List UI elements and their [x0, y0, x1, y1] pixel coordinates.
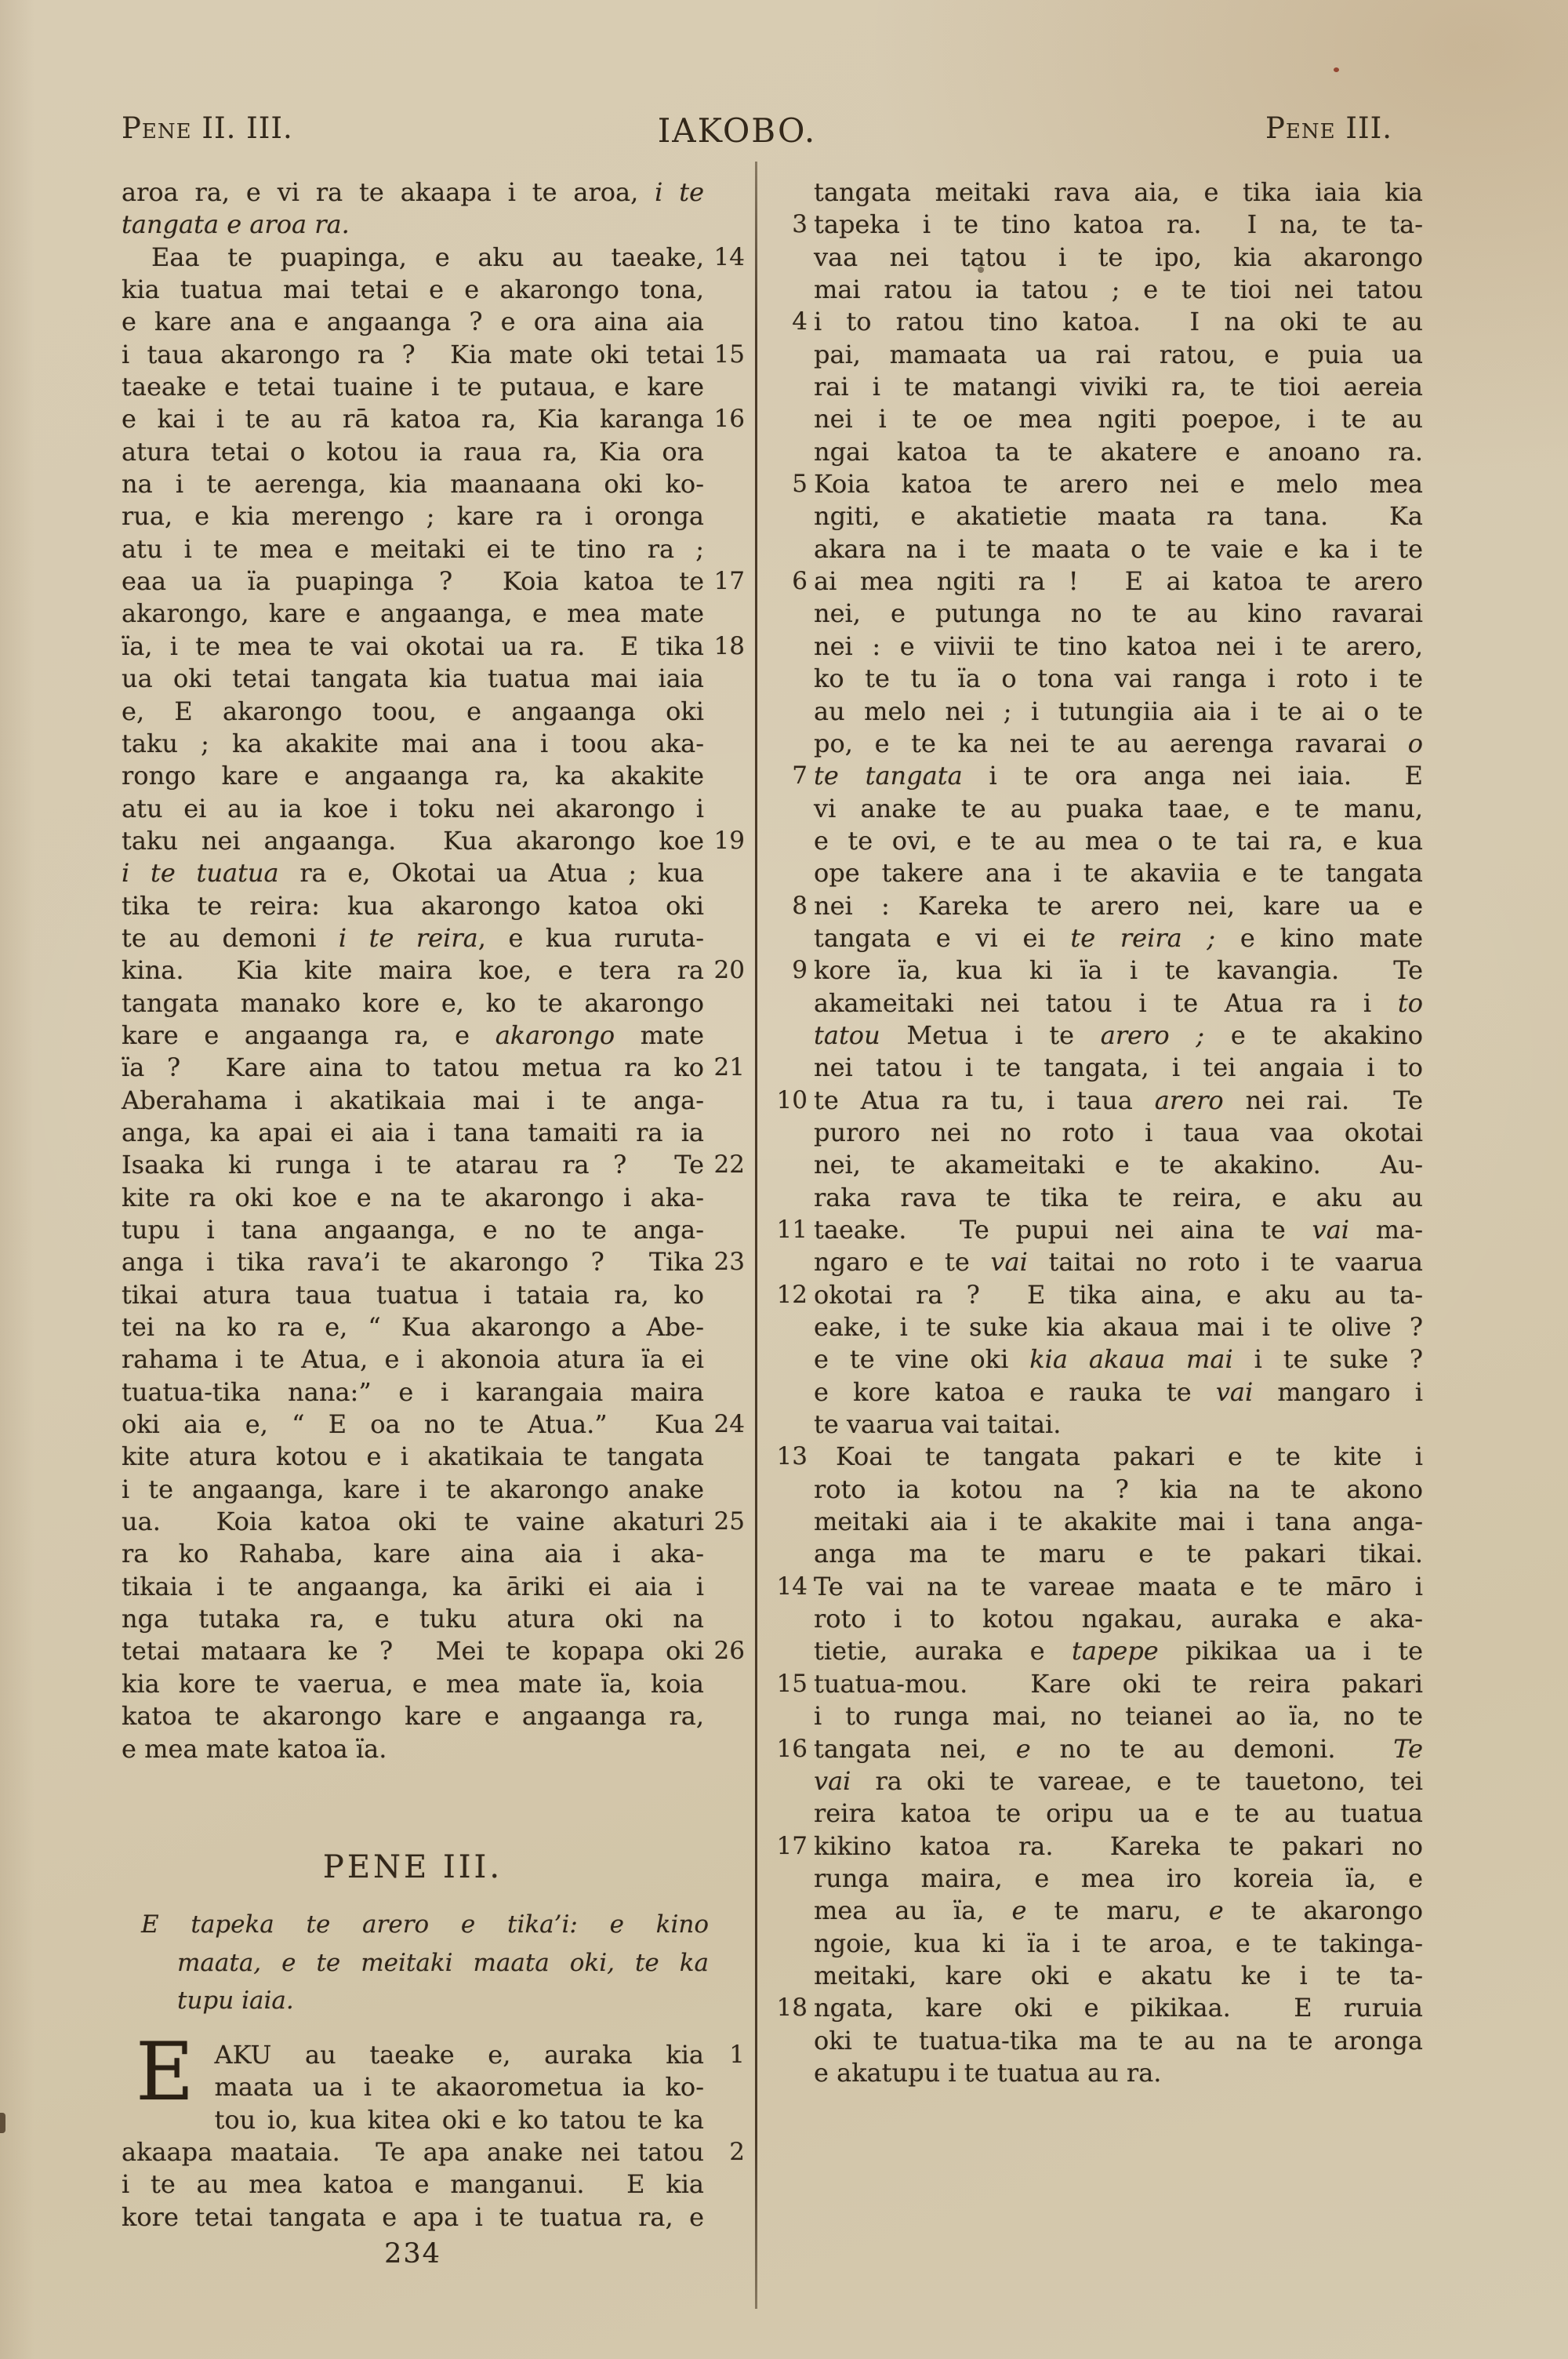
- running-head-left: Pene II. III.: [122, 111, 293, 145]
- text-line-content: nei : e viivii te tino katoa nei i te ar…: [814, 631, 1423, 663]
- paper-speck-brown: [978, 267, 984, 273]
- text-line-content: tangata e vi ei te reira ; e kino mate: [814, 922, 1423, 954]
- text-line-content: kite ra oki koe e na te akarongo i aka-: [122, 1182, 704, 1214]
- running-head-right: Pene III.: [1265, 111, 1392, 145]
- text-line: te tangata i te ora anga nei iaia. E7: [768, 760, 1423, 792]
- text-line-content: ngaro e te vai taitai no roto i te vaaru…: [814, 1246, 1423, 1278]
- verse-number: 14: [706, 242, 745, 274]
- text-line: kite atura kotou e i akatikaia te tangat…: [122, 1441, 745, 1473]
- text-line-content: tapeka i te tino katoa ra. I na, te ta-: [814, 209, 1423, 241]
- verse-number: 3: [768, 209, 808, 241]
- text-line: Isaaka ki runga i te atarau ra ? Te22: [122, 1149, 745, 1181]
- text-line-content: tietie, auraka e tapepe pikikaa ua i te: [814, 1635, 1423, 1667]
- text-line-content: te tangata i te ora anga nei iaia. E: [814, 760, 1423, 792]
- text-line: roto ia kotou na ? kia na te akono: [768, 1474, 1423, 1506]
- text-line: ko te tu ïa o tona vai ranga i roto i te: [768, 663, 1423, 695]
- text-line: anga i tika rava’i te akarongo ? Tika23: [122, 1246, 745, 1278]
- text-line-content: e, E akarongo toou, e angaanga oki: [122, 696, 704, 728]
- text-line: ngata, kare oki e pikikaa. E ruruia18: [768, 1992, 1423, 2024]
- text-line: Koia katoa te arero nei e melo mea5: [768, 468, 1423, 500]
- text-line: oki te tuatua-tika ma te au na te aronga: [768, 2025, 1423, 2057]
- text-line-content: ua oki tetai tangata kia tuatua mai iaia: [122, 663, 704, 695]
- text-line: ai mea ngiti ra ! E ai katoa te arero6: [768, 565, 1423, 598]
- verse-number: 9: [768, 954, 808, 987]
- text-line-content: kare e angaanga ra, e akarongo mate: [122, 1020, 704, 1052]
- text-line-content: nei tatou i te tangata, i tei angaia i t…: [814, 1052, 1423, 1084]
- text-line: anga ma te maru e te pakari tikai.: [768, 1538, 1423, 1570]
- text-line: akameitaki nei tatou i te Atua ra i to: [768, 987, 1423, 1020]
- verse-number: 26: [706, 1635, 745, 1667]
- text-line-content: e te vine oki kia akaua mai i te suke ?: [814, 1343, 1423, 1376]
- text-line: e te ovi, e te au mea o te tai ra, e kua: [768, 825, 1423, 857]
- verse-number: 23: [706, 1246, 745, 1278]
- text-line-content: te au demoni i te reira, e kua ruruta-: [122, 922, 704, 954]
- text-line: vai ra oki te vareae, e te tauetono, tei: [768, 1765, 1423, 1797]
- text-line-content: puroro nei no roto i taua vaa okotai: [814, 1117, 1423, 1149]
- text-line: mea au ïa, e te maru, e te akarongo: [768, 1895, 1423, 1927]
- text-line: taeake. Te pupui nei aina te vai ma-11: [768, 1214, 1423, 1246]
- verse-number: 12: [768, 1279, 808, 1311]
- text-line: meitaki, kare oki e akatu ke i te ta-: [768, 1960, 1423, 1992]
- text-line-content: e kai i te au rā katoa ra, Kia karanga: [122, 403, 704, 435]
- paper-speck-red: [1334, 67, 1339, 72]
- text-line: kia kore te vaerua, e mea mate ïa, koia: [122, 1668, 745, 1700]
- text-line: te Atua ra tu, i taua arero nei rai. Te1…: [768, 1085, 1423, 1117]
- text-line: tuatua-mou. Kare oki te reira pakari15: [768, 1668, 1423, 1700]
- text-line-content: meitaki, kare oki e akatu ke i te ta-: [814, 1960, 1423, 1992]
- text-line: i to ratou tino katoa. I na oki te au4: [768, 306, 1423, 338]
- text-line: kite ra oki koe e na te akarongo i aka-: [122, 1182, 745, 1214]
- verse-number: 16: [768, 1733, 808, 1765]
- text-line: rahama i te Atua, e i akonoia atura ïa e…: [122, 1343, 745, 1376]
- text-line-content: AKU au taeake e, auraka kia: [122, 2039, 704, 2071]
- text-line-content: Te vai na te vareae maata e te māro i: [814, 1571, 1423, 1603]
- text-line: ngoie, kua ki ïa i te aroa, e te takinga…: [768, 1928, 1423, 1960]
- text-line-content: tangata meitaki rava aia, e tika iaia ki…: [814, 176, 1423, 209]
- verse-number: 15: [706, 339, 745, 371]
- text-line: tangata nei, e no te au demoni. Te16: [768, 1733, 1423, 1765]
- text-line: ïa, i te mea te vai okotai ua ra. E tika…: [122, 631, 745, 663]
- page-number: 234: [122, 2238, 704, 2270]
- text-line: okotai ra ? E tika aina, e aku au ta-12: [768, 1279, 1423, 1311]
- text-line: i te angaanga, kare i te akarongo anake: [122, 1474, 745, 1506]
- text-line-content: kore tetai tangata e apa i te tuatua ra,…: [122, 2201, 704, 2234]
- text-line: rai i te matangi viviki ra, te tioi aere…: [768, 371, 1423, 403]
- text-line-content: aroa ra, e vi ra te akaapa i te aroa, i …: [122, 176, 704, 209]
- text-line: ngaro e te vai taitai no roto i te vaaru…: [768, 1246, 1423, 1278]
- text-line-content: kia kore te vaerua, e mea mate ïa, koia: [122, 1668, 704, 1700]
- left-text-column: aroa ra, e vi ra te akaapa i te aroa, i …: [122, 176, 745, 1765]
- text-line-content: atu i te mea e meitaki ei te tino ra ;: [122, 533, 704, 565]
- text-line: tei na ko ra e, “ Kua akarongo a Abe-: [122, 1311, 745, 1343]
- text-line-content: Aberahama i akatikaia mai i te anga-: [122, 1085, 704, 1117]
- text-line-content: rua, e kia merengo ; kare ra i oronga: [122, 500, 704, 533]
- text-line-content: ngiti, e akatietie maata ra tana. Ka: [814, 500, 1423, 533]
- text-line: nei i te oe mea ngiti poepoe, i te au: [768, 403, 1423, 435]
- text-line: tupu i tana angaanga, e no te anga-: [122, 1214, 745, 1246]
- text-line-content: ai mea ngiti ra ! E ai katoa te arero: [814, 565, 1423, 598]
- text-line-content: kikino katoa ra. Kareka te pakari no: [814, 1830, 1423, 1863]
- text-line: tangata manako kore e, ko te akarongo: [122, 987, 745, 1020]
- text-line-content: rai i te matangi viviki ra, te tioi aere…: [814, 371, 1423, 403]
- chapter-summary-line: E tapeka te arero e tika’i: e kino: [141, 1906, 709, 1944]
- text-line: na i te aerenga, kia maanaana oki ko-: [122, 468, 745, 500]
- text-line: nei tatou i te tangata, i tei angaia i t…: [768, 1052, 1423, 1084]
- verse-number: 7: [768, 760, 808, 792]
- text-line-content: tangata nei, e no te au demoni. Te: [814, 1733, 1423, 1765]
- text-line: mai ratou ia tatou ; e te tioi nei tatou: [768, 274, 1423, 306]
- text-line: katoa te akarongo kare e angaanga ra,: [122, 1700, 745, 1732]
- book-page: Pene II. III. IAKOBO. Pene III. aroa ra,…: [0, 0, 1568, 2359]
- text-line-content: i te tuatua ra e, Okotai ua Atua ; kua: [122, 857, 704, 889]
- text-line: taku nei angaanga. Kua akarongo koe19: [122, 825, 745, 857]
- verse-number: 10: [768, 1085, 808, 1117]
- text-line: akarongo, kare e angaanga, e mea mate: [122, 598, 745, 630]
- text-line: e akatupu i te tuatua au ra.: [768, 2057, 1423, 2089]
- text-line-content: anga, ka apai ei aia i tana tamaiti ra i…: [122, 1117, 704, 1149]
- text-line: tangata e aroa ra.: [122, 209, 745, 241]
- text-line-content: roto i to kotou ngakau, auraka e aka-: [814, 1603, 1423, 1635]
- text-line-content: te vaarua vai taitai.: [814, 1408, 1423, 1441]
- text-line: akaapa maataia. Te apa anake nei tatou2: [122, 2136, 745, 2168]
- text-line: rua, e kia merengo ; kare ra i oronga: [122, 500, 745, 533]
- text-line: ua. Koia katoa oki te vaine akaturi25: [122, 1506, 745, 1538]
- text-line-content: tatou Metua i te arero ; e te akakino: [814, 1020, 1423, 1052]
- chapter-heading: PENE III.: [122, 1849, 704, 1885]
- verse-number: 8: [768, 890, 808, 922]
- text-line: kore tetai tangata e apa i te tuatua ra,…: [122, 2201, 745, 2234]
- text-line-content: akameitaki nei tatou i te Atua ra i to: [814, 987, 1423, 1020]
- text-line: ngai katoa ta te akatere e anoano ra.: [768, 436, 1423, 468]
- text-line: AKU au taeake e, auraka kia1: [122, 2039, 745, 2071]
- text-line-content: Eaa te puapinga, e aku au taeake,: [122, 242, 704, 274]
- text-line-content: mai ratou ia tatou ; e te tioi nei tatou: [814, 274, 1423, 306]
- text-line-content: Koia katoa te arero nei e melo mea: [814, 468, 1423, 500]
- text-line-content: rongo kare e angaanga ra, ka akakite: [122, 760, 704, 792]
- text-line: tikai atura taua tuatua i tataia ra, ko: [122, 1279, 745, 1311]
- text-line: Te vai na te vareae maata e te māro i14: [768, 1571, 1423, 1603]
- verse-number: 25: [706, 1506, 745, 1538]
- text-line-content: tupu i tana angaanga, e no te anga-: [122, 1214, 704, 1246]
- text-line: vi anake te au puaka taae, e te manu,: [768, 793, 1423, 825]
- text-line: tatou Metua i te arero ; e te akakino: [768, 1020, 1423, 1052]
- text-line: reira katoa te oripu ua e te au tuatua: [768, 1797, 1423, 1830]
- text-line: i taua akarongo ra ? Kia mate oki tetai1…: [122, 339, 745, 371]
- text-line-content: ua. Koia katoa oki te vaine akaturi: [122, 1506, 704, 1538]
- chapter-first-paragraph: E AKU au taeake e, auraka kia1maata ua i…: [122, 2039, 745, 2234]
- text-line: maata ua i te akaorometua ia ko-: [122, 2071, 745, 2103]
- text-line-content: atura tetai o kotou ia raua ra, Kia ora: [122, 436, 704, 468]
- text-line-content: e te ovi, e te au mea o te tai ra, e kua: [814, 825, 1423, 857]
- text-line-content: kia tuatua mai tetai e e akarongo tona,: [122, 274, 704, 306]
- text-line-content: ra ko Rahaba, kare aina aia i aka-: [122, 1538, 704, 1570]
- text-line-content: ïa ? Kare aina to tatou metua ra ko: [122, 1052, 704, 1084]
- text-line-content: i te angaanga, kare i te akarongo anake: [122, 1474, 704, 1506]
- text-line-content: katoa te akarongo kare e angaanga ra,: [122, 1700, 704, 1732]
- right-text-column: tangata meitaki rava aia, e tika iaia ki…: [768, 176, 1423, 2089]
- text-line: i te tuatua ra e, Okotai ua Atua ; kua: [122, 857, 745, 889]
- text-line: eake, i te suke kia akaua mai i te olive…: [768, 1311, 1423, 1343]
- text-line: po, e te ka nei te au aerenga ravarai o: [768, 728, 1423, 760]
- text-line: atura tetai o kotou ia raua ra, Kia ora: [122, 436, 745, 468]
- text-line-content: Isaaka ki runga i te atarau ra ? Te: [122, 1149, 704, 1181]
- verse-number: 6: [768, 565, 808, 598]
- text-line: akara na i te maata o te vaie e ka i te: [768, 533, 1423, 565]
- text-line: anga, ka apai ei aia i tana tamaiti ra i…: [122, 1117, 745, 1149]
- verse-number: 20: [706, 954, 745, 987]
- text-line: tapeka i te tino katoa ra. I na, te ta-3: [768, 209, 1423, 241]
- text-line-content: maata ua i te akaorometua ia ko-: [122, 2071, 704, 2103]
- text-line: kina. Kia kite maira koe, e tera ra20: [122, 954, 745, 987]
- text-line: tou io, kua kitea oki e ko tatou te ka: [122, 2104, 745, 2136]
- text-line-content: atu ei au ia koe i toku nei akarongo i: [122, 793, 704, 825]
- text-line-content: vai ra oki te vareae, e te tauetono, tei: [814, 1765, 1423, 1797]
- text-line: e te vine oki kia akaua mai i te suke ?: [768, 1343, 1423, 1376]
- text-line-content: po, e te ka nei te au aerenga ravarai o: [814, 728, 1423, 760]
- column-divider-rule: [755, 162, 757, 2309]
- verse-number: 18: [768, 1992, 808, 2024]
- text-line-content: rahama i te Atua, e i akonoia atura ïa e…: [122, 1343, 704, 1376]
- text-line-content: ngai katoa ta te akatere e anoano ra.: [814, 436, 1423, 468]
- text-line-content: eake, i te suke kia akaua mai i te olive…: [814, 1311, 1423, 1343]
- text-line: ra ko Rahaba, kare aina aia i aka-: [122, 1538, 745, 1570]
- verse-number: 17: [768, 1830, 808, 1863]
- text-line-content: akaapa maataia. Te apa anake nei tatou: [122, 2136, 704, 2168]
- text-line-content: te Atua ra tu, i taua arero nei rai. Te: [814, 1085, 1423, 1117]
- text-line: aroa ra, e vi ra te akaapa i te aroa, i …: [122, 176, 745, 209]
- verse-number: 21: [706, 1052, 745, 1084]
- chapter-summary-line: maata, e te meitaki maata oki, te ka: [141, 1944, 709, 1983]
- text-line-content: akara na i te maata o te vaie e ka i te: [814, 533, 1423, 565]
- text-line-content: eaa ua ïa puapinga ? Koia katoa te: [122, 565, 704, 598]
- text-line-content: mea au ïa, e te maru, e te akarongo: [814, 1895, 1423, 1927]
- text-line: kare e angaanga ra, e akarongo mate: [122, 1020, 745, 1052]
- text-line-content: ngata, kare oki e pikikaa. E ruruia: [814, 1992, 1423, 2024]
- text-line: nei, te akameitaki e te akakino. Au-: [768, 1149, 1423, 1181]
- text-line-content: tuatua-mou. Kare oki te reira pakari: [814, 1668, 1423, 1700]
- verse-number: 1: [706, 2039, 745, 2071]
- chapter-summary-line: tupu iaia.: [141, 1982, 709, 2020]
- text-line-content: tika te reira: kua akarongo katoa oki: [122, 890, 704, 922]
- text-line-content: nei, te akameitaki e te akakino. Au-: [814, 1149, 1423, 1181]
- text-line: raka rava te tika te reira, e aku au: [768, 1182, 1423, 1214]
- text-line-content: tangata e aroa ra.: [122, 209, 704, 241]
- text-line-content: meitaki aia i te akakite mai i tana anga…: [814, 1506, 1423, 1538]
- text-line: tikaia i te angaanga, ka āriki ei aia i: [122, 1571, 745, 1603]
- text-line-content: tei na ko ra e, “ Kua akarongo a Abe-: [122, 1311, 704, 1343]
- text-line: tangata e vi ei te reira ; e kino mate: [768, 922, 1423, 954]
- text-line: meitaki aia i te akakite mai i tana anga…: [768, 1506, 1423, 1538]
- verse-number: 22: [706, 1149, 745, 1181]
- running-head-title: IAKOBO.: [643, 111, 831, 150]
- text-line-content: au melo nei ; i tutungiia aia i te ai o …: [814, 696, 1423, 728]
- text-line-content: i taua akarongo ra ? Kia mate oki tetai: [122, 339, 704, 371]
- text-line: tangata meitaki rava aia, e tika iaia ki…: [768, 176, 1423, 209]
- text-line: rongo kare e angaanga ra, ka akakite: [122, 760, 745, 792]
- verse-number: 15: [768, 1668, 808, 1700]
- text-line-content: reira katoa te oripu ua e te au tuatua: [814, 1797, 1423, 1830]
- text-line: e kare ana e angaanga ? e ora aina aia: [122, 306, 745, 338]
- text-line: nga tutaka ra, e tuku atura oki na: [122, 1603, 745, 1635]
- text-line: ope takere ana i te akaviia e te tangata: [768, 857, 1423, 889]
- text-line: kore ïa, kua ki ïa i te kavangia. Te9: [768, 954, 1423, 987]
- text-line-content: taeake e tetai tuaine i te putaua, e kar…: [122, 371, 704, 403]
- verse-number: 2: [706, 2136, 745, 2168]
- verse-number: 16: [706, 403, 745, 435]
- text-line-content: oki te tuatua-tika ma te au na te aronga: [814, 2025, 1423, 2057]
- text-line: puroro nei no roto i taua vaa okotai: [768, 1117, 1423, 1149]
- text-line: taku ; ka akakite mai ana i toou aka-: [122, 728, 745, 760]
- text-line: oki aia e, “ E oa no te Atua.” Kua24: [122, 1408, 745, 1441]
- text-line: nei, e putunga no te au kino ravarai: [768, 598, 1423, 630]
- text-line: au melo nei ; i tutungiia aia i te ai o …: [768, 696, 1423, 728]
- text-line-content: nei : Kareka te arero nei, kare ua e: [814, 890, 1423, 922]
- text-line-content: tou io, kua kitea oki e ko tatou te ka: [122, 2104, 704, 2136]
- text-line-content: ïa, i te mea te vai okotai ua ra. E tika: [122, 631, 704, 663]
- text-line: eaa ua ïa puapinga ? Koia katoa te17: [122, 565, 745, 598]
- text-line: taeake e tetai tuaine i te putaua, e kar…: [122, 371, 745, 403]
- text-line-content: e kare ana e angaanga ? e ora aina aia: [122, 306, 704, 338]
- text-line: Aberahama i akatikaia mai i te anga-: [122, 1085, 745, 1117]
- text-line-content: vi anake te au puaka taae, e te manu,: [814, 793, 1423, 825]
- text-line-content: e akatupu i te tuatua au ra.: [814, 2057, 1423, 2089]
- text-line: te vaarua vai taitai.: [768, 1408, 1423, 1441]
- text-line-content: nei, e putunga no te au kino ravarai: [814, 598, 1423, 630]
- text-line-content: Koai te tangata pakari e te kite i: [814, 1441, 1423, 1473]
- text-line-content: kite atura kotou e i akatikaia te tangat…: [122, 1441, 704, 1473]
- text-line: ngiti, e akatietie maata ra tana. Ka: [768, 500, 1423, 533]
- text-line-content: ngoie, kua ki ïa i te aroa, e te takinga…: [814, 1928, 1423, 1960]
- text-line-content: nei i te oe mea ngiti poepoe, i te au: [814, 403, 1423, 435]
- verse-number: 5: [768, 468, 808, 500]
- text-line: runga maira, e mea iro koreia ïa, e: [768, 1863, 1423, 1895]
- text-line: tietie, auraka e tapepe pikikaa ua i te: [768, 1635, 1423, 1667]
- text-line-content: roto ia kotou na ? kia na te akono: [814, 1474, 1423, 1506]
- text-line: i te au mea katoa e manganui. E kia: [122, 2168, 745, 2201]
- text-line-content: akarongo, kare e angaanga, e mea mate: [122, 598, 704, 630]
- text-line-content: taku ; ka akakite mai ana i toou aka-: [122, 728, 704, 760]
- text-line-content: oki aia e, “ E oa no te Atua.” Kua: [122, 1408, 704, 1441]
- text-line-content: na i te aerenga, kia maanaana oki ko-: [122, 468, 704, 500]
- text-line-content: i te au mea katoa e manganui. E kia: [122, 2168, 704, 2201]
- text-line-content: tuatua-tika nana:” e i karangaia maira: [122, 1376, 704, 1408]
- text-line: ïa ? Kare aina to tatou metua ra ko21: [122, 1052, 745, 1084]
- text-line: Eaa te puapinga, e aku au taeake,14: [122, 242, 745, 274]
- text-line-content: tetai mataara ke ? Mei te kopapa oki: [122, 1635, 704, 1667]
- text-line-content: e mea mate katoa ïa.: [122, 1733, 704, 1765]
- text-line-content: ope takere ana i te akaviia e te tangata: [814, 857, 1423, 889]
- text-line: i to runga mai, no teianei ao ïa, no te: [768, 1700, 1423, 1732]
- verse-number: 4: [768, 306, 808, 338]
- text-line-content: nga tutaka ra, e tuku atura oki na: [122, 1603, 704, 1635]
- text-line: atu i te mea e meitaki ei te tino ra ;: [122, 533, 745, 565]
- verse-number: 14: [768, 1571, 808, 1603]
- chapter-summary: E tapeka te arero e tika’i: e kinomaata,…: [141, 1906, 709, 2020]
- text-line: e mea mate katoa ïa.: [122, 1733, 745, 1765]
- text-line-content: vaa nei tatou i te ipo, kia akarongo: [814, 242, 1423, 274]
- verse-number: 11: [768, 1214, 808, 1246]
- text-line: tika te reira: kua akarongo katoa oki: [122, 890, 745, 922]
- text-line-content: tikaia i te angaanga, ka āriki ei aia i: [122, 1571, 704, 1603]
- text-line-content: taeake. Te pupui nei aina te vai ma-: [814, 1214, 1423, 1246]
- text-line: pai, mamaata ua rai ratou, e puia ua: [768, 339, 1423, 371]
- text-line-content: anga ma te maru e te pakari tikai.: [814, 1538, 1423, 1570]
- text-line: nei : Kareka te arero nei, kare ua e8: [768, 890, 1423, 922]
- text-line-content: ko te tu ïa o tona vai ranga i roto i te: [814, 663, 1423, 695]
- text-line: te au demoni i te reira, e kua ruruta-: [122, 922, 745, 954]
- text-line: roto i to kotou ngakau, auraka e aka-: [768, 1603, 1423, 1635]
- text-line-content: kore ïa, kua ki ïa i te kavangia. Te: [814, 954, 1423, 987]
- verse-number: 18: [706, 631, 745, 663]
- text-line-content: i to ratou tino katoa. I na oki te au: [814, 306, 1423, 338]
- scan-edge-artifact: [0, 2113, 5, 2133]
- verse-number: 24: [706, 1408, 745, 1441]
- text-line-content: tangata manako kore e, ko te akarongo: [122, 987, 704, 1020]
- text-line: tetai mataara ke ? Mei te kopapa oki26: [122, 1635, 745, 1667]
- text-line: atu ei au ia koe i toku nei akarongo i: [122, 793, 745, 825]
- text-line: Koai te tangata pakari e te kite i13: [768, 1441, 1423, 1473]
- verse-number: 17: [706, 565, 745, 598]
- text-line-content: runga maira, e mea iro koreia ïa, e: [814, 1863, 1423, 1895]
- text-line-content: taku nei angaanga. Kua akarongo koe: [122, 825, 704, 857]
- text-line-content: anga i tika rava’i te akarongo ? Tika: [122, 1246, 704, 1278]
- text-line-content: pai, mamaata ua rai ratou, e puia ua: [814, 339, 1423, 371]
- text-line: e, E akarongo toou, e angaanga oki: [122, 696, 745, 728]
- text-line: kia tuatua mai tetai e e akarongo tona,: [122, 274, 745, 306]
- verse-number: 19: [706, 825, 745, 857]
- text-line-content: raka rava te tika te reira, e aku au: [814, 1182, 1423, 1214]
- verse-number: 13: [768, 1441, 808, 1473]
- text-line-content: i to runga mai, no teianei ao ïa, no te: [814, 1700, 1423, 1732]
- text-line-content: kina. Kia kite maira koe, e tera ra: [122, 954, 704, 987]
- text-line: nei : e viivii te tino katoa nei i te ar…: [768, 631, 1423, 663]
- text-line: tuatua-tika nana:” e i karangaia maira: [122, 1376, 745, 1408]
- text-line-content: okotai ra ? E tika aina, e aku au ta-: [814, 1279, 1423, 1311]
- text-line-content: e kore katoa e rauka te vai mangaro i: [814, 1376, 1423, 1408]
- text-line: ua oki tetai tangata kia tuatua mai iaia: [122, 663, 745, 695]
- text-line: e kai i te au rā katoa ra, Kia karanga16: [122, 403, 745, 435]
- text-line: vaa nei tatou i te ipo, kia akarongo: [768, 242, 1423, 274]
- text-line-content: tikai atura taua tuatua i tataia ra, ko: [122, 1279, 704, 1311]
- text-line: e kore katoa e rauka te vai mangaro i: [768, 1376, 1423, 1408]
- text-line: kikino katoa ra. Kareka te pakari no17: [768, 1830, 1423, 1863]
